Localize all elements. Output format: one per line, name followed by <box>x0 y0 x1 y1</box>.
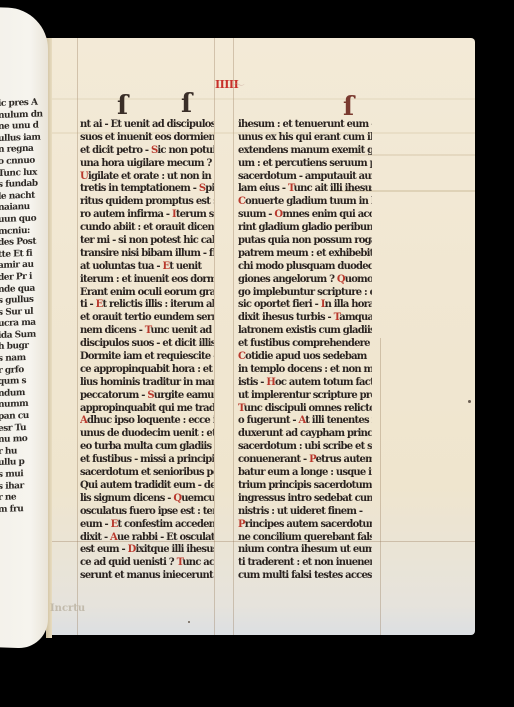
text-segment: istis - <box>238 376 266 388</box>
text-segment: nt ai - Et uenit ad discipulos <box>80 118 214 130</box>
text-segment: t relictis illis : iterum abiit <box>102 298 213 310</box>
text-segment: unus de duodecim uenit : et cu <box>80 427 214 439</box>
text-line: extendens manum exemit gladi <box>238 144 372 157</box>
text-segment: ne concilium querebant falsum testimo <box>238 531 372 543</box>
text-segment: appropinquabit qui me tradet - <box>80 402 214 414</box>
text-line: sacerdotum - amputauit auricu <box>238 170 372 183</box>
text-line: sic oportet fieri - In illa hora : <box>238 298 372 311</box>
text-line: in templo docens : et non me tenu <box>238 363 372 376</box>
text-line: Principes autem sacerdotum et om <box>238 518 372 531</box>
text-segment: eo turba multa cum gladiis <box>80 440 211 452</box>
text-line: tretis in temptationem - Spi <box>80 182 214 195</box>
text-line: Qui autem tradidit eum - dedit il <box>80 479 214 492</box>
text-segment: t illi tenentes ihesum <box>305 414 372 426</box>
text-segment: lis signum dicens - <box>80 492 173 504</box>
text-segment: ti - <box>80 298 96 310</box>
text-segment: ro autem infirma - <box>80 208 172 220</box>
text-line: ne concilium querebant falsum testimo <box>238 531 372 544</box>
text-segment: um : et percutiens seruum principis <box>238 157 372 169</box>
ascender-flourish: ſ <box>343 94 354 120</box>
ruling-line-col1-right <box>214 38 215 635</box>
rubricated-initial: H <box>266 376 275 388</box>
text-segment: peccatorum - <box>80 389 147 401</box>
text-line: unus ex his qui erant cum ihesu - <box>238 131 372 144</box>
text-line: conuenerant - Petrus autem seq <box>238 453 372 466</box>
manuscript-page: IIIII 〜 ſ ſ ſ nt ai - Et uenit ad discip… <box>50 38 475 635</box>
text-segment: una hora uigilare mecum ? <box>80 157 212 169</box>
text-segment: urgite eamus - Ecce <box>154 389 214 401</box>
text-segment: et dicit petro - <box>80 144 151 156</box>
text-segment: oc autem totum factum est : <box>275 376 372 388</box>
text-line: et orauit tertio eundem sermo <box>80 311 214 324</box>
text-segment: rincipes autem sacerdotum et om <box>245 518 372 530</box>
text-segment: duxerunt ad caypham principem <box>238 427 372 439</box>
text-line: duxerunt ad caypham principem <box>238 427 372 440</box>
text-segment: sacerdotum et senioribus populi - <box>80 466 214 478</box>
text-line: rint gladium gladio peribunt - An <box>238 221 372 234</box>
ink-speck <box>468 400 471 403</box>
ruling-line-left <box>77 38 78 635</box>
text-segment: Dormite iam et requiescite - <box>80 350 214 362</box>
text-line: lis signum dicens - Quemcumque <box>80 492 214 505</box>
text-line: ti traderent : et non inuenerunt : <box>238 556 372 569</box>
text-line: Erant enim oculi eorum grauati <box>80 286 214 299</box>
text-line: giones angelorum ? Quomodo er <box>238 273 372 286</box>
text-segment: sacerdotum - amputauit auricu <box>238 170 372 182</box>
text-line: ihesum : et tenuerunt eum - Et ecce <box>238 118 372 131</box>
text-line: lam eius - Tunc ait illi ihesus - <box>238 182 372 195</box>
text-line: at uoluntas tua - Et uenit <box>80 260 214 273</box>
text-line: istis - Hoc autem totum factum est : <box>238 376 372 389</box>
text-line: batur eum a longe : usque in a <box>238 466 372 479</box>
text-segment: unc uenit ad <box>151 324 212 336</box>
text-segment: nistris : ut uideret finem - <box>238 505 362 517</box>
text-line: et dicit petro - Sic non potuistis <box>80 144 214 157</box>
text-segment: ingressus intro sedebat cum mi <box>238 492 372 504</box>
rubricated-initial: P <box>238 518 245 530</box>
text-line: dixit ihesus turbis - Tamquam ad <box>238 311 372 324</box>
text-segment: ti traderent : et non inuenerunt : <box>238 556 372 568</box>
text-line: transire nisi bibam illum - fi <box>80 247 214 260</box>
text-segment: nium contra ihesum ut eum mor <box>238 543 372 555</box>
text-line: cum multi falsi testes accessissent - <box>238 569 372 582</box>
text-segment: conuenerant - <box>238 453 309 465</box>
text-segment: sacerdotum : ubi scribe et seniores <box>238 440 372 452</box>
text-segment: lam eius - <box>238 182 288 194</box>
text-segment: dixit - <box>80 531 110 543</box>
text-line: putas quia non possum rogare <box>238 234 372 247</box>
text-line: unus de duodecim uenit : et cu <box>80 427 214 440</box>
text-segment: otidie apud uos sedebam <box>245 350 366 362</box>
text-line: nem dicens - Tunc uenit ad <box>80 324 214 337</box>
text-line: ro autem infirma - Iterum se <box>80 208 214 221</box>
text-segment: batur eum a longe : usque in a <box>238 466 372 478</box>
text-segment: unc discipuli omnes relicto eo <box>244 402 372 414</box>
rubricated-initial: O <box>274 208 282 220</box>
text-segment: at uoluntas tua - <box>80 260 162 272</box>
text-segment: igilate et orate : ut non in <box>88 170 211 182</box>
text-line: iterum : et inuenit eos dormientes <box>80 273 214 286</box>
text-segment: discipulos suos - et dicit illis - <box>80 337 214 349</box>
text-line: go implebuntur scripture : quia <box>238 286 372 299</box>
text-segment: ce ad quid uenisti ? <box>80 556 177 568</box>
text-segment: ue rabbi - Et osculatus <box>117 531 214 543</box>
text-segment: in templo docens : et non me tenu <box>238 363 372 375</box>
text-segment: terum se <box>176 208 214 220</box>
text-segment: ixitque illi ihesus - Ami <box>136 543 214 555</box>
text-segment: et orauit tertio eundem sermo <box>80 311 214 323</box>
text-line: Adhuc ipso loquente : ecce iudas <box>80 414 214 427</box>
text-segment: dixit ihesus turbis - <box>238 311 334 323</box>
text-line: m fru <box>0 503 48 516</box>
text-segment: ut implerentur scripture prophetarum - <box>238 389 372 401</box>
text-line: sacerdotum : ubi scribe et seniores <box>238 440 372 453</box>
text-line: ter mi - si non potest hic calix <box>80 234 214 247</box>
text-segment: rint gladium gladio peribunt - An <box>238 221 372 233</box>
left-page-fragment: ic pres Anulum dnne unu dullus iamn regn… <box>0 7 48 649</box>
text-line: Dormite iam et requiescite - E <box>80 350 214 363</box>
text-segment: mnes enim qui accepe <box>282 208 372 220</box>
text-line: Uigilate et orate : ut non in <box>80 170 214 183</box>
text-segment: Erant enim oculi eorum grauati <box>80 286 214 298</box>
page-crease <box>50 98 475 100</box>
text-segment: cundo abiit : et orauit dicens - <box>80 221 214 233</box>
catchword: Incrtu <box>50 603 85 614</box>
ruling-line-right <box>380 338 381 635</box>
text-segment: ter mi - si non potest hic calix <box>80 234 214 246</box>
text-line: patrem meum : et exhibebit mi <box>238 247 372 260</box>
text-segment: t uenit <box>169 260 201 272</box>
text-segment: et fustibus - missi a principibus <box>80 453 214 465</box>
text-line: um : et percutiens seruum principis <box>238 157 372 170</box>
text-segment: o fugerunt - <box>238 414 298 426</box>
text-segment: sic oportet fieri - <box>238 298 321 310</box>
text-line: osculatus fuero ipse est : tenete <box>80 505 214 518</box>
text-line: Tunc discipuli omnes relicto eo <box>238 402 372 415</box>
text-segment: putas quia non possum rogare <box>238 234 372 246</box>
text-line: discipulos suos - et dicit illis - <box>80 337 214 350</box>
rubricated-initial: U <box>80 170 88 182</box>
text-segment: giones angelorum ? <box>238 273 337 285</box>
text-line: ingressus intro sedebat cum mi <box>238 492 372 505</box>
text-line: lius hominis traditur in manus <box>80 376 214 389</box>
text-segment: extendens manum exemit gladi <box>238 144 372 156</box>
text-segment: iterum : et inuenit eos dormientes <box>80 273 214 285</box>
text-line: nulum dn <box>0 109 48 122</box>
ascender-flourish: ſ <box>117 93 128 119</box>
text-line: latronem existis cum gladiis <box>238 324 372 337</box>
text-segment: osculatus fuero ipse est : tenete <box>80 505 214 517</box>
text-line: dixit - Aue rabbi - Et osculatus <box>80 531 214 544</box>
text-segment: ic non potuistis <box>157 144 213 156</box>
text-segment: nem dicens - <box>80 324 145 336</box>
text-segment: go implebuntur scripture : quia <box>238 286 372 298</box>
left-page-text: ic pres Anulum dnne unu dullus iamn regn… <box>0 97 48 516</box>
text-line: ti - Et relictis illis : iterum abiit <box>80 298 214 311</box>
text-segment: suos et inuenit eos dormientes <box>80 131 214 143</box>
text-segment: ce appropinquabit hora : et fi <box>80 363 214 375</box>
text-segment: cum multi falsi testes accessissent - <box>238 569 372 581</box>
text-segment: t confestim accedens ad ihesum <box>117 518 213 530</box>
text-segment: lius hominis traditur in manus <box>80 376 214 388</box>
text-line: sacerdotum et senioribus populi - <box>80 466 214 479</box>
text-segment: dhuc ipso loquente : ecce iudas <box>87 414 214 426</box>
text-line: et fustibus comprehendere me ? <box>238 337 372 350</box>
text-line: eum - Et confestim accedens ad ihesum <box>80 518 214 531</box>
text-line: ut implerentur scripture prophetarum - <box>238 389 372 402</box>
text-segment: serunt et manus iniecerunt in <box>80 569 214 581</box>
text-segment: uomodo er <box>345 273 372 285</box>
text-segment: Qui autem tradidit eum - dedit il <box>80 479 214 491</box>
text-line: Conuerte gladium tuum in locum <box>238 195 372 208</box>
text-line: cundo abiit : et orauit dicens - Pa <box>80 221 214 234</box>
text-line: est eum - Dixitque illi ihesus - Ami <box>80 543 214 556</box>
text-segment: ritus quidem promptus est : ca <box>80 195 214 207</box>
text-line: trium principis sacerdotum - Et <box>238 479 372 492</box>
rubricated-initial: Q <box>337 273 345 285</box>
text-segment: tretis in temptationem - <box>80 182 199 194</box>
ink-speck <box>188 621 190 623</box>
text-line: nistris : ut uideret finem - <box>238 505 372 518</box>
text-column-1: nt ai - Et uenit ad discipulossuos et in… <box>80 118 214 582</box>
ruling-line-col2-left <box>233 38 234 635</box>
text-line: serunt et manus iniecerunt in <box>80 569 214 582</box>
text-segment: unus ex his qui erant cum ihesu - <box>238 131 372 143</box>
text-line: ritus quidem promptus est : ca <box>80 195 214 208</box>
text-line: nt ai - Et uenit ad discipulos <box>80 118 214 131</box>
text-segment: chi modo plusquam duodecim le <box>238 260 372 272</box>
text-segment: unc acces <box>182 556 214 568</box>
text-segment: est eum - <box>80 543 128 555</box>
text-segment: et fustibus comprehendere me ? <box>238 337 372 349</box>
text-line: una hora uigilare mecum ? <box>80 157 214 170</box>
text-line: appropinquabit qui me tradet - <box>80 402 214 415</box>
text-segment: eum - <box>80 518 111 530</box>
ascender-flourish: ſ <box>181 91 192 117</box>
text-line: chi modo plusquam duodecim le <box>238 260 372 273</box>
text-line: nium contra ihesum ut eum mor <box>238 543 372 556</box>
text-segment: n illa hora : <box>325 298 372 310</box>
text-segment: pi <box>205 182 214 194</box>
text-segment: suum - <box>238 208 274 220</box>
text-segment: amquam ad <box>339 311 372 323</box>
text-segment: trium principis sacerdotum - Et <box>238 479 372 491</box>
text-line: ce ad quid uenisti ? Tunc acces <box>80 556 214 569</box>
text-segment: transire nisi bibam illum - fi <box>80 247 214 259</box>
rubricated-initial: E <box>111 518 118 530</box>
text-segment: latronem existis cum gladiis <box>238 324 372 336</box>
text-column-2: ihesum : et tenuerunt eum - Et ecceunus … <box>238 118 372 582</box>
text-line: et fustibus - missi a principibus <box>80 453 214 466</box>
text-segment: unc ait illi ihesus - <box>294 182 372 194</box>
text-segment: onuerte gladium tuum in locum <box>245 195 372 207</box>
text-line: ce appropinquabit hora : et fi <box>80 363 214 376</box>
text-line: peccatorum - Surgite eamus - Ecce <box>80 389 214 402</box>
text-segment: etrus autem seq <box>316 453 372 465</box>
text-segment: ihesum : et tenuerunt eum - Et ecce <box>238 118 372 130</box>
text-segment: patrem meum : et exhibebit mi <box>238 247 372 259</box>
text-line: suos et inuenit eos dormientes <box>80 131 214 144</box>
text-segment: uemcumque <box>181 492 214 504</box>
text-line: o fugerunt - At illi tenentes ihesum <box>238 414 372 427</box>
text-line: suum - Omnes enim qui accepe <box>238 208 372 221</box>
text-line: eo turba multa cum gladiis <box>80 440 214 453</box>
folio-ghost-mark: 〜 <box>233 76 245 93</box>
text-line: Cotidie apud uos sedebam <box>238 350 372 363</box>
